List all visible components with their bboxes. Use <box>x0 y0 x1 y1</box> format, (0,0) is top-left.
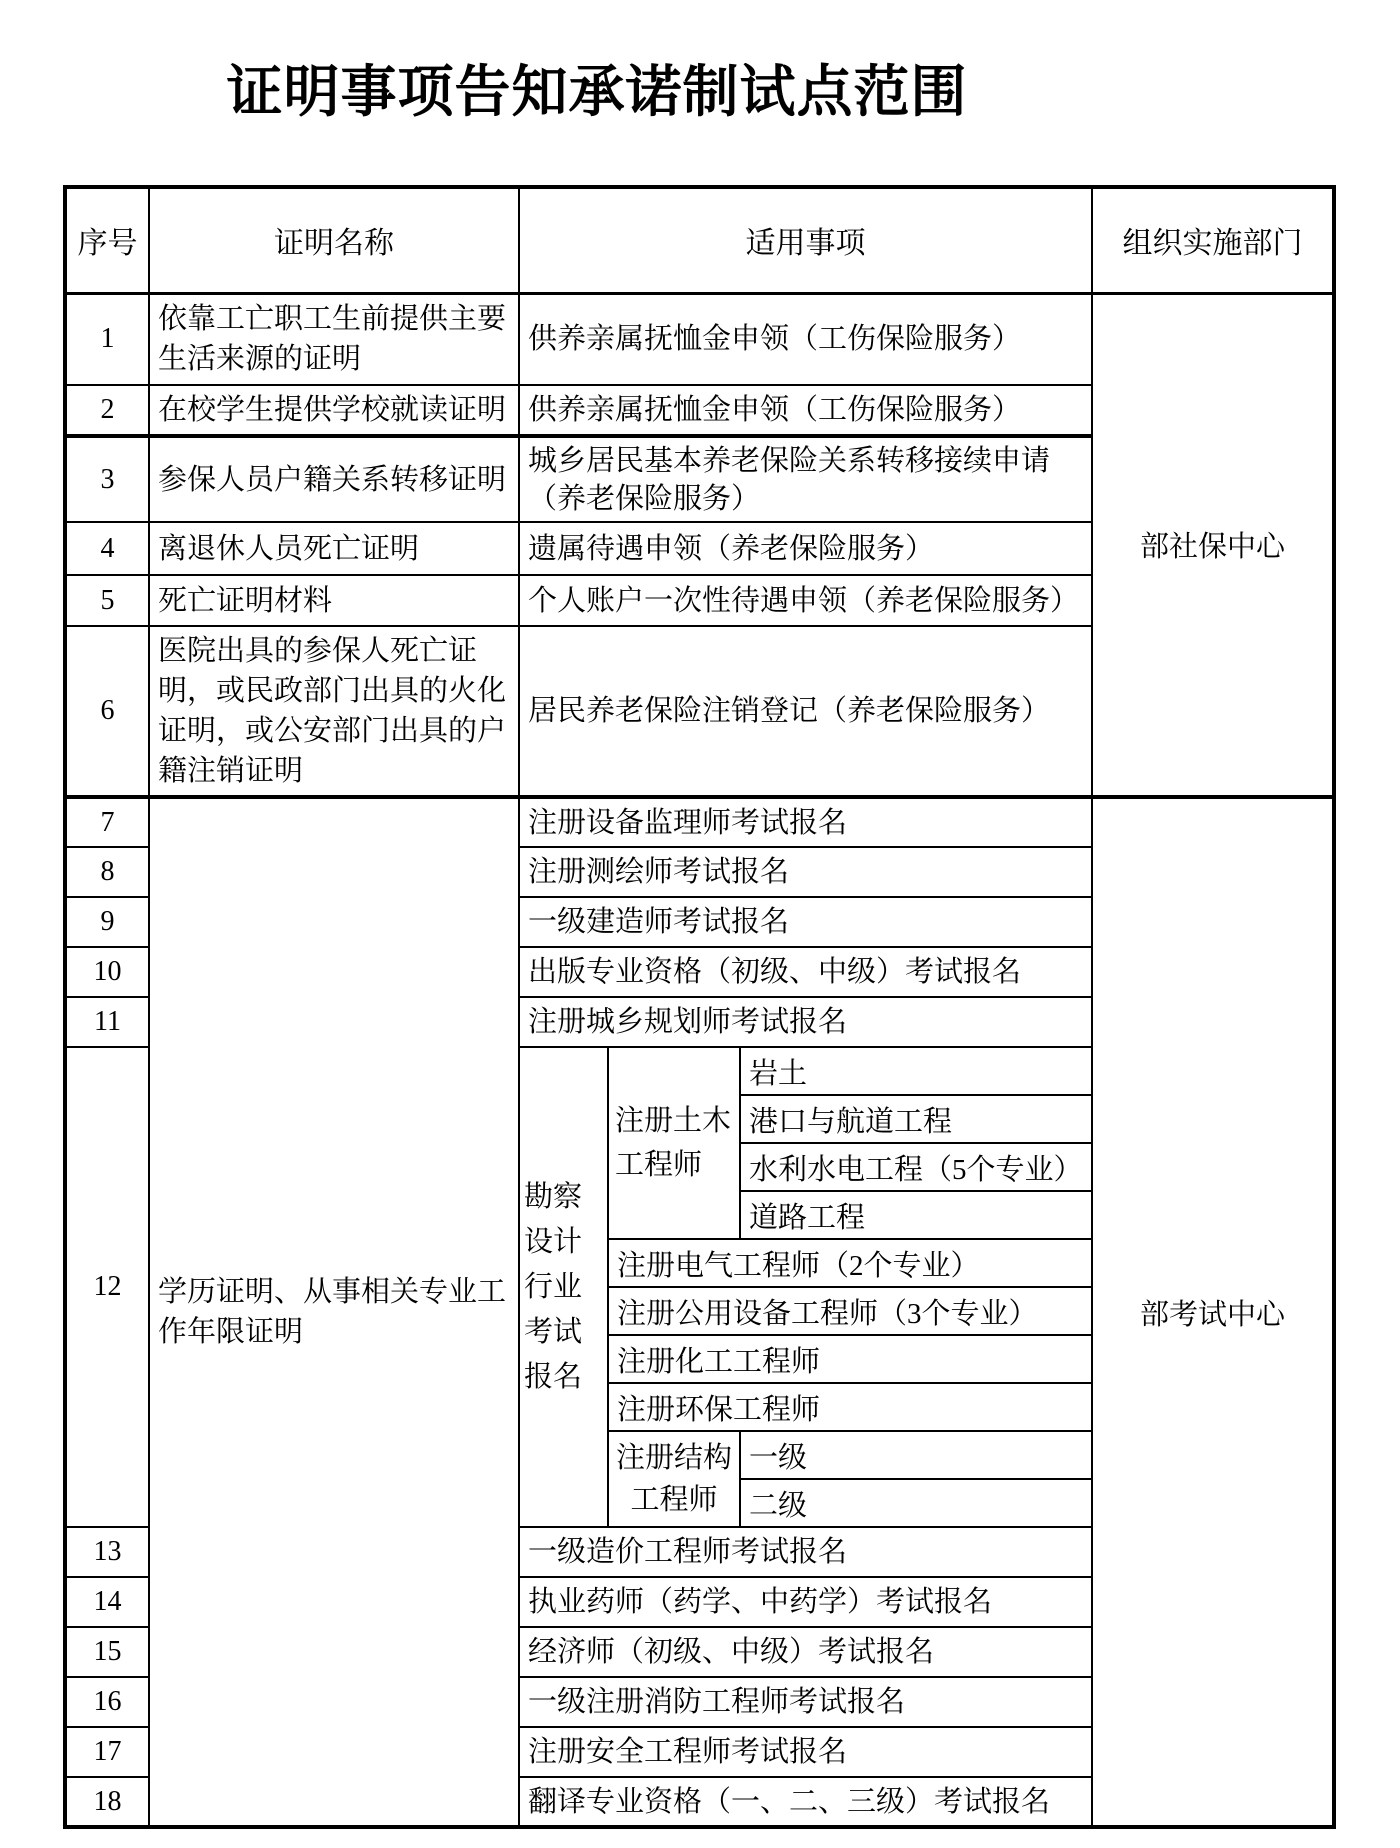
cert-name: 医院出具的参保人死亡证明，或民政部门出具的火化证明，或公安部门出具的户籍注销证明 <box>149 626 519 797</box>
structural-level: 二级 <box>740 1479 1092 1527</box>
matter: 供养亲属抚恤金申领（工伤保险服务） <box>519 385 1092 436</box>
row-number: 1 <box>65 293 149 385</box>
header-row: 序号 证明名称 适用事项 组织实施部门 <box>65 187 1334 293</box>
header-no: 序号 <box>65 187 149 293</box>
row-number: 13 <box>65 1527 149 1577</box>
row-number: 6 <box>65 626 149 797</box>
row-number: 9 <box>65 897 149 947</box>
matter: 一级造价工程师考试报名 <box>519 1527 1092 1577</box>
row-number: 14 <box>65 1577 149 1627</box>
matter: 一级建造师考试报名 <box>519 897 1092 947</box>
matter: 一级注册消防工程师考试报名 <box>519 1677 1092 1727</box>
matter: 注册城乡规划师考试报名 <box>519 997 1092 1047</box>
dept-social-center: 部社保中心 <box>1092 293 1334 797</box>
row-number: 11 <box>65 997 149 1047</box>
table-row-7: 7 学历证明、从事相关专业工作年限证明 注册设备监理师考试报名 部考试中心 <box>65 797 1334 847</box>
matter: 翻译专业资格（一、二、三级）考试报名 <box>519 1777 1092 1827</box>
row-number: 17 <box>65 1727 149 1777</box>
cert-name: 离退休人员死亡证明 <box>149 522 519 575</box>
cert-name: 依靠工亡职工生前提供主要生活来源的证明 <box>149 293 519 385</box>
header-matter: 适用事项 <box>519 187 1092 293</box>
cert-name: 参保人员户籍关系转移证明 <box>149 436 519 522</box>
row-number: 16 <box>65 1677 149 1727</box>
row-number: 15 <box>65 1627 149 1677</box>
table-row-1: 1 依靠工亡职工生前提供主要生活来源的证明 供养亲属抚恤金申领（工伤保险服务） … <box>65 293 1334 385</box>
civil-specialty: 港口与航道工程 <box>740 1095 1092 1143</box>
pilot-scope-table: 序号 证明名称 适用事项 组织实施部门 1 依靠工亡职工生前提供主要生活来源的证… <box>63 185 1336 1829</box>
row-number: 4 <box>65 522 149 575</box>
row-number: 3 <box>65 436 149 522</box>
document-page: 证明事项告知承诺制试点范围 序号 证明名称 适用事项 组织实施部门 1 依靠工亡… <box>0 0 1400 1848</box>
matter: 遗属待遇申领（养老保险服务） <box>519 522 1092 575</box>
civil-specialty: 道路工程 <box>740 1191 1092 1239</box>
document-title: 证明事项告知承诺制试点范围 <box>227 48 968 128</box>
wide-matter: 注册环保工程师 <box>608 1383 1092 1431</box>
matter: 注册设备监理师考试报名 <box>519 797 1092 847</box>
civil-engineer-label: 注册土木工程师 <box>608 1047 740 1239</box>
matter: 注册测绘师考试报名 <box>519 847 1092 897</box>
structural-level: 一级 <box>740 1431 1092 1479</box>
cert-name: 死亡证明材料 <box>149 575 519 626</box>
matter: 城乡居民基本养老保险关系转移接续申请（养老保险服务） <box>519 436 1092 522</box>
matter: 居民养老保险注销登记（养老保险服务） <box>519 626 1092 797</box>
dept-exam-center: 部考试中心 <box>1092 797 1334 1827</box>
header-name: 证明名称 <box>149 187 519 293</box>
row-number: 7 <box>65 797 149 847</box>
wide-matter: 注册电气工程师（2个专业） <box>608 1239 1092 1287</box>
structural-engineer-label: 注册结构工程师 <box>608 1431 740 1527</box>
matter: 注册安全工程师考试报名 <box>519 1727 1092 1777</box>
row-number: 2 <box>65 385 149 436</box>
matter: 供养亲属抚恤金申领（工伤保险服务） <box>519 293 1092 385</box>
civil-specialty: 水利水电工程（5个专业） <box>740 1143 1092 1191</box>
row-number: 10 <box>65 947 149 997</box>
wide-matter: 注册公用设备工程师（3个专业） <box>608 1287 1092 1335</box>
row-number: 18 <box>65 1777 149 1827</box>
exam-group-label: 勘察设计行业考试报名 <box>519 1047 608 1527</box>
header-dept: 组织实施部门 <box>1092 187 1334 293</box>
civil-specialty: 岩土 <box>740 1047 1092 1095</box>
matter: 执业药师（药学、中药学）考试报名 <box>519 1577 1092 1627</box>
row-number: 12 <box>65 1047 149 1527</box>
matter: 个人账户一次性待遇申领（养老保险服务） <box>519 575 1092 626</box>
row-number: 8 <box>65 847 149 897</box>
matter: 出版专业资格（初级、中级）考试报名 <box>519 947 1092 997</box>
row-number: 5 <box>65 575 149 626</box>
cert-name: 在校学生提供学校就读证明 <box>149 385 519 436</box>
matter: 经济师（初级、中级）考试报名 <box>519 1627 1092 1677</box>
cert-name-merged: 学历证明、从事相关专业工作年限证明 <box>149 797 519 1827</box>
wide-matter: 注册化工工程师 <box>608 1335 1092 1383</box>
